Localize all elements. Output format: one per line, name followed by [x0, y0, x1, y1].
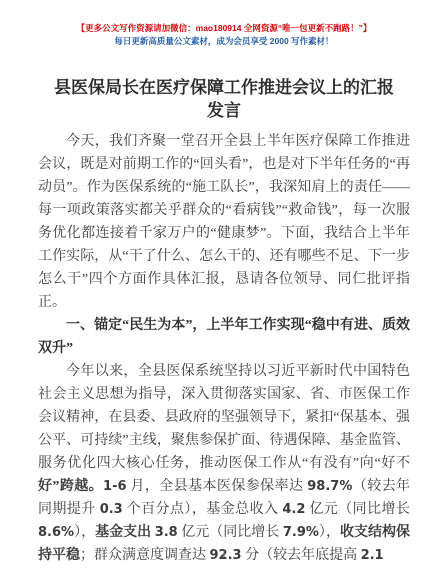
text-segment: 7.9% [283, 525, 319, 540]
document-page: 【更多公文写作资源请加微信：mao180914 全网资源“唯一包更新不跑路！”】… [0, 0, 448, 580]
text-segment: 今天，我们齐聚一堂召开全县上半年医疗保障工作推进会议，既是对前期工作的“回头看”… [38, 134, 410, 310]
section-heading: 一、锚定“民生为本”，上半年工作实现“稳中有进、质效双升” [38, 314, 410, 360]
text-segment: 好”跨越。 [38, 479, 103, 494]
page-number: 1 [0, 549, 448, 560]
paragraph: 今天，我们齐聚一堂召开全县上半年医疗保障工作推进会议，既是对前期工作的“回头看”… [38, 130, 410, 314]
document-body: 今天，我们齐聚一堂召开全县上半年医疗保障工作推进会议，既是对前期工作的“回头看”… [38, 130, 410, 567]
text-segment: ）， [319, 525, 340, 540]
text-segment: 98.7% [307, 479, 352, 494]
watermark-line-blue: 每日更新高质量公文素材，成为会员享受 2000 写作素材！ [0, 35, 448, 48]
text-segment: 基金支出 [95, 525, 155, 540]
text-segment: 8.6% [38, 525, 74, 540]
text-segment: 个百分点），基金总收入 [123, 502, 283, 517]
document-title: 县医保局长在医疗保障工作推进会议上的汇报发言 [50, 76, 398, 122]
text-segment: ）， [74, 525, 95, 540]
text-segment: 亿元（同比增长 [178, 525, 283, 540]
text-segment: 3.8 [155, 525, 178, 540]
text-segment: 4.2 [282, 502, 305, 517]
text-segment: 今年以来，全县医保系统坚持以习近平新时代中国特色社会主义思想为指导，深入贯彻落实… [38, 364, 410, 471]
text-segment: 亿元（同比增长 [305, 502, 410, 517]
text-segment: 一、锚定“民生为本”，上半年工作实现“稳中有进、质效双升” [38, 318, 410, 356]
watermark-line-red: 【更多公文写作资源请加微信：mao180914 全网资源“唯一包更新不跑路！”】 [0, 22, 448, 35]
text-segment: 月，全县基本医保参保率达 [127, 479, 308, 494]
text-segment: 0.3 [100, 502, 123, 517]
watermark-header: 【更多公文写作资源请加微信：mao180914 全网资源“唯一包更新不跑路！”】… [0, 22, 448, 48]
paragraph: 今年以来，全县医保系统坚持以习近平新时代中国特色社会主义思想为指导，深入贯彻落实… [38, 360, 410, 567]
text-segment: 1-6 [103, 479, 127, 494]
